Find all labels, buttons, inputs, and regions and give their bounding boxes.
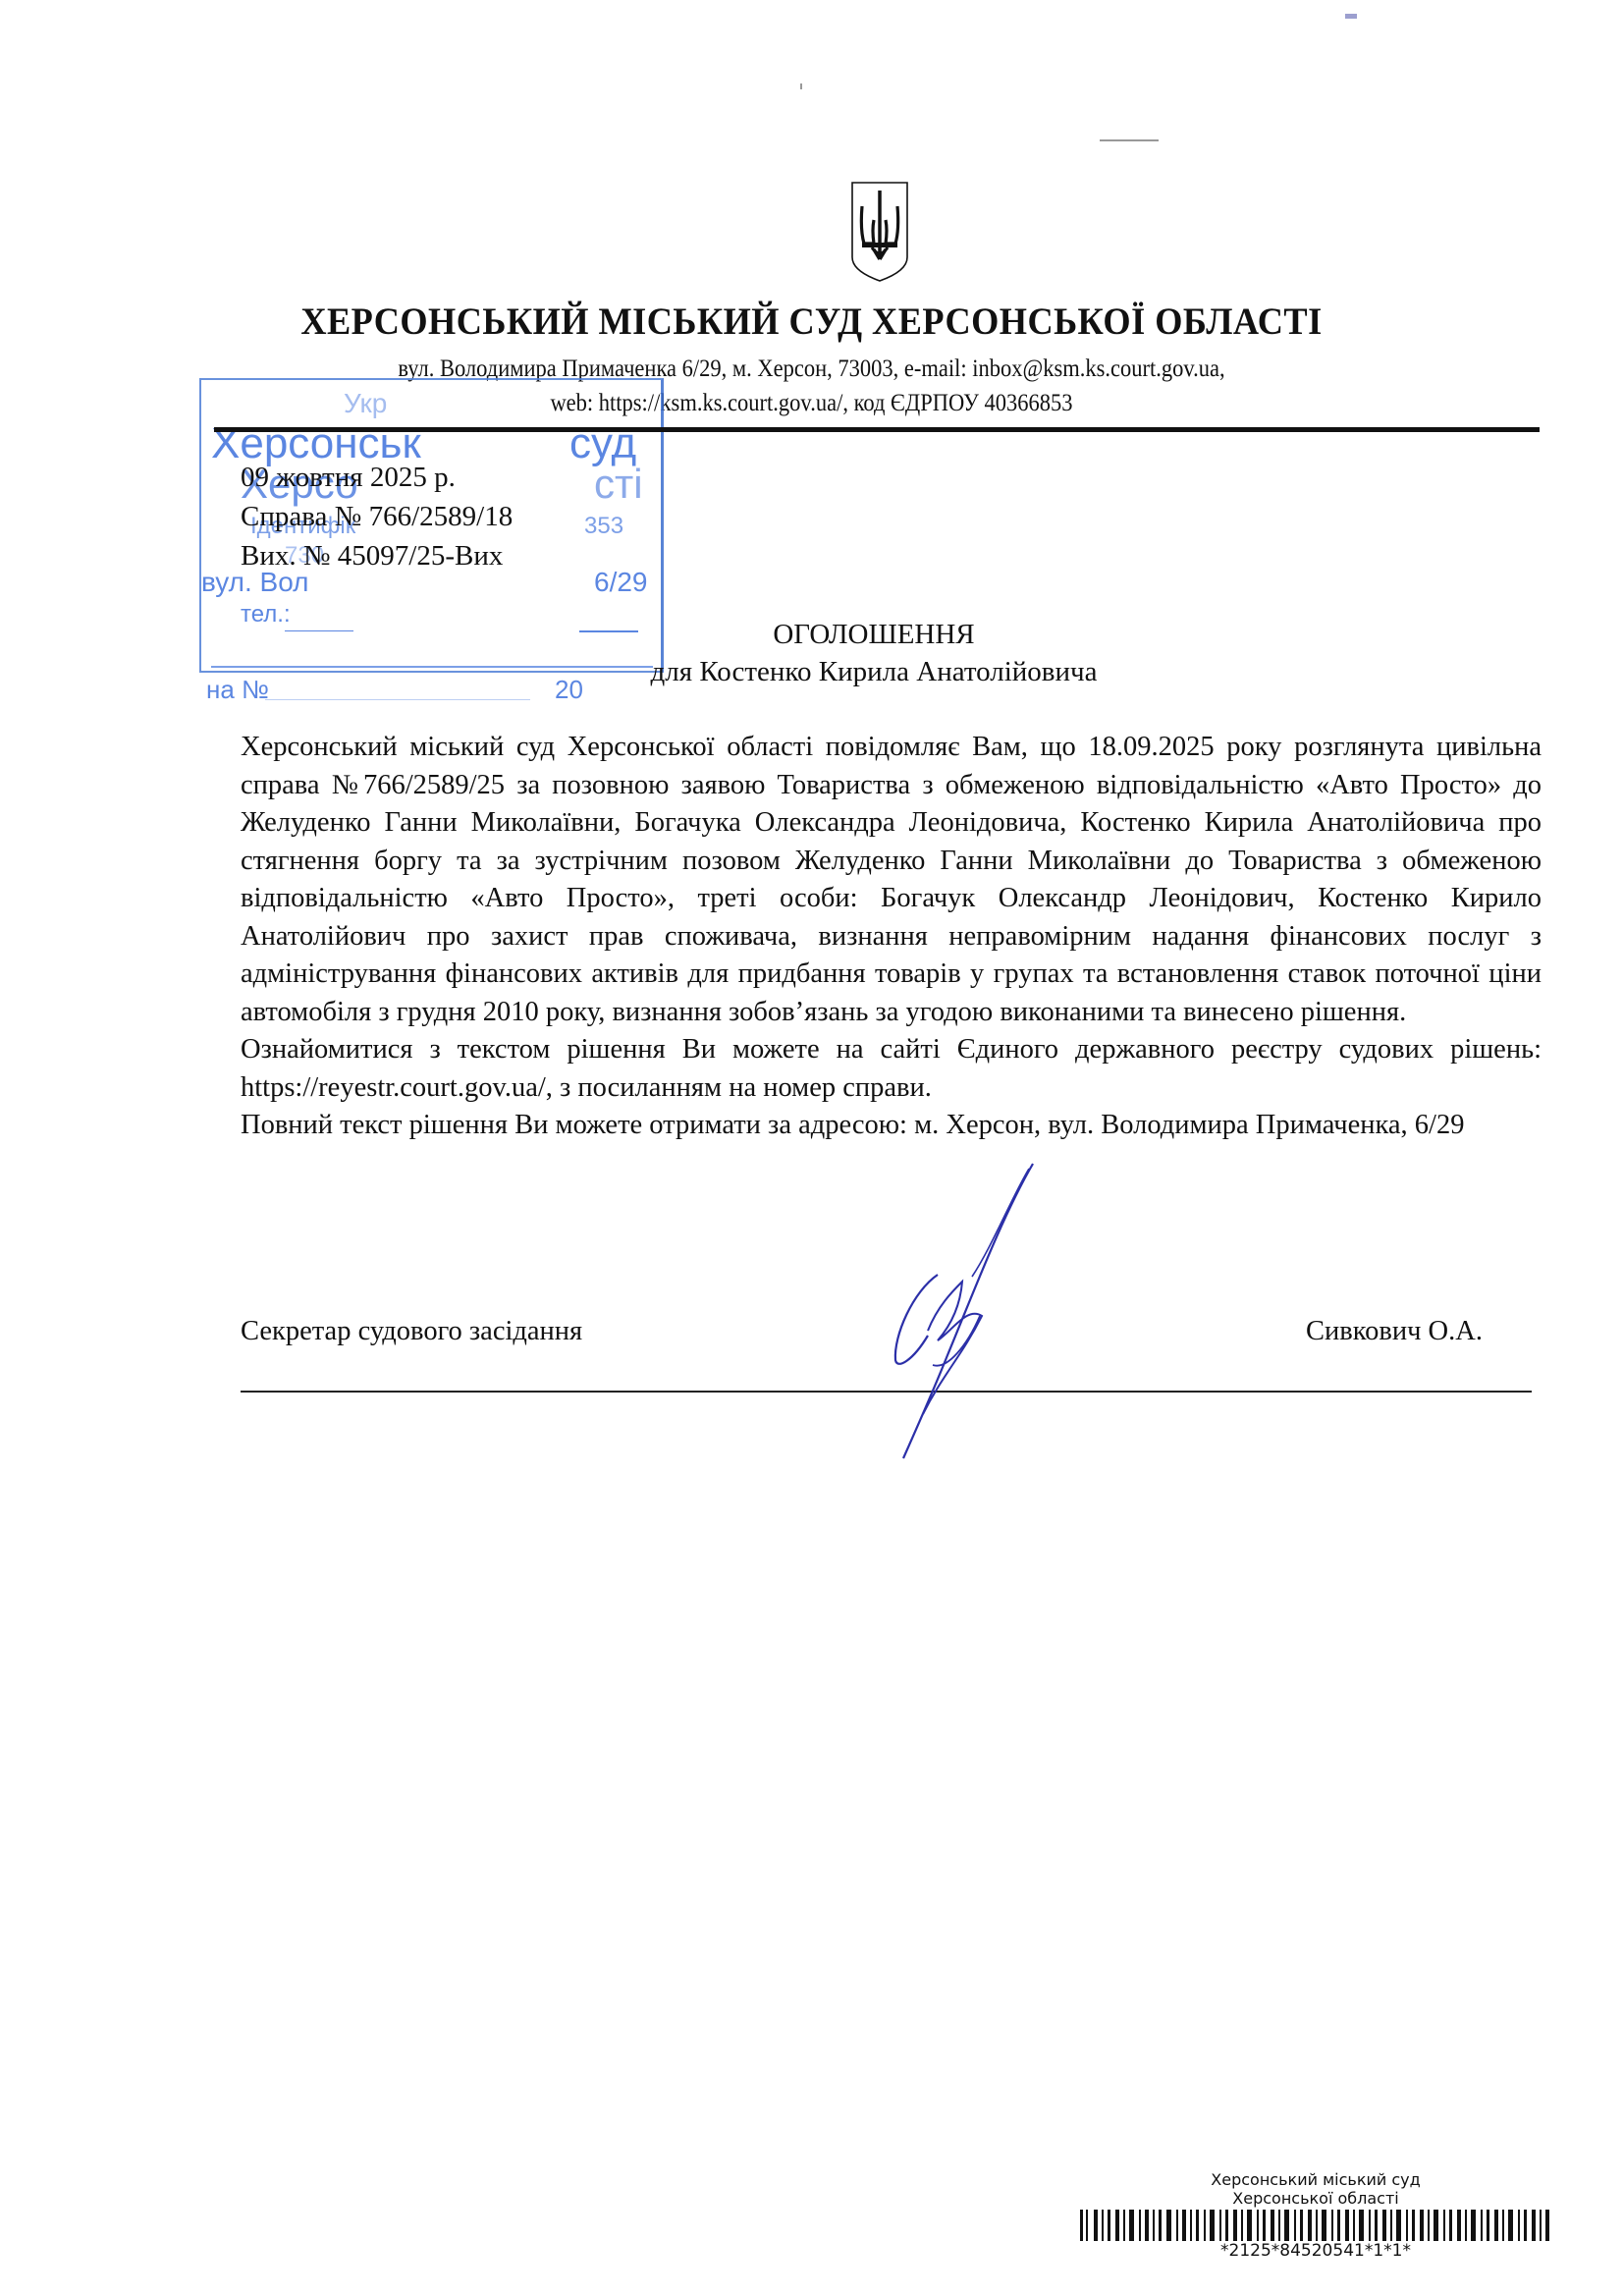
document-date: 09 жовтня 2025 р.	[241, 462, 456, 494]
scan-artifact	[800, 83, 802, 89]
body-paragraph: Ознайомитися з текстом рішення Ви можете…	[241, 1031, 1542, 1107]
stamp-country: Укр	[344, 388, 387, 419]
court-name: ХЕРСОНСЬКИЙ МІСЬКИЙ СУД ХЕРСОНСЬКОЇ ОБЛА…	[57, 300, 1566, 344]
stamp-street-number: 6/29	[594, 567, 648, 598]
barcode-icon	[1080, 2210, 1551, 2241]
barcode-number: *2125*84520541*1*1*	[1041, 2241, 1591, 2261]
body-paragraph: Повний текст рішення Ви можете отримати …	[241, 1107, 1542, 1145]
handwritten-signature-icon	[844, 1159, 1041, 1473]
barcode-org-line2: Херсонської області	[1041, 2189, 1591, 2208]
document-body: Херсонський міський суд Херсонської обла…	[241, 729, 1542, 1145]
scan-artifact	[1345, 14, 1357, 19]
case-number: Справа № 766/2589/18	[241, 501, 513, 533]
signatory-role: Секретар судового засідання	[241, 1316, 582, 1347]
scan-artifact	[1100, 139, 1159, 141]
ukraine-trident-icon	[850, 181, 909, 283]
stamp-line2-right: сті	[594, 461, 643, 508]
barcode-block: Херсонський міський суд Херсонської обла…	[1041, 2170, 1591, 2261]
recipient: для Костенко Кирила Анатолійовича	[0, 656, 1623, 688]
stamp-id-number: 353	[584, 513, 623, 540]
outgoing-number: Вих. № 45097/25-Вих	[241, 540, 503, 573]
barcode-org-line1: Херсонський міський суд	[1041, 2170, 1591, 2189]
body-paragraph: Херсонський міський суд Херсонської обла…	[241, 729, 1542, 1031]
header-divider	[214, 427, 1540, 432]
document-title: ОГОЛОШЕННЯ	[0, 619, 1623, 651]
signatory-name: Сивкович О.А.	[1306, 1316, 1483, 1347]
stamp-divider	[265, 699, 530, 700]
